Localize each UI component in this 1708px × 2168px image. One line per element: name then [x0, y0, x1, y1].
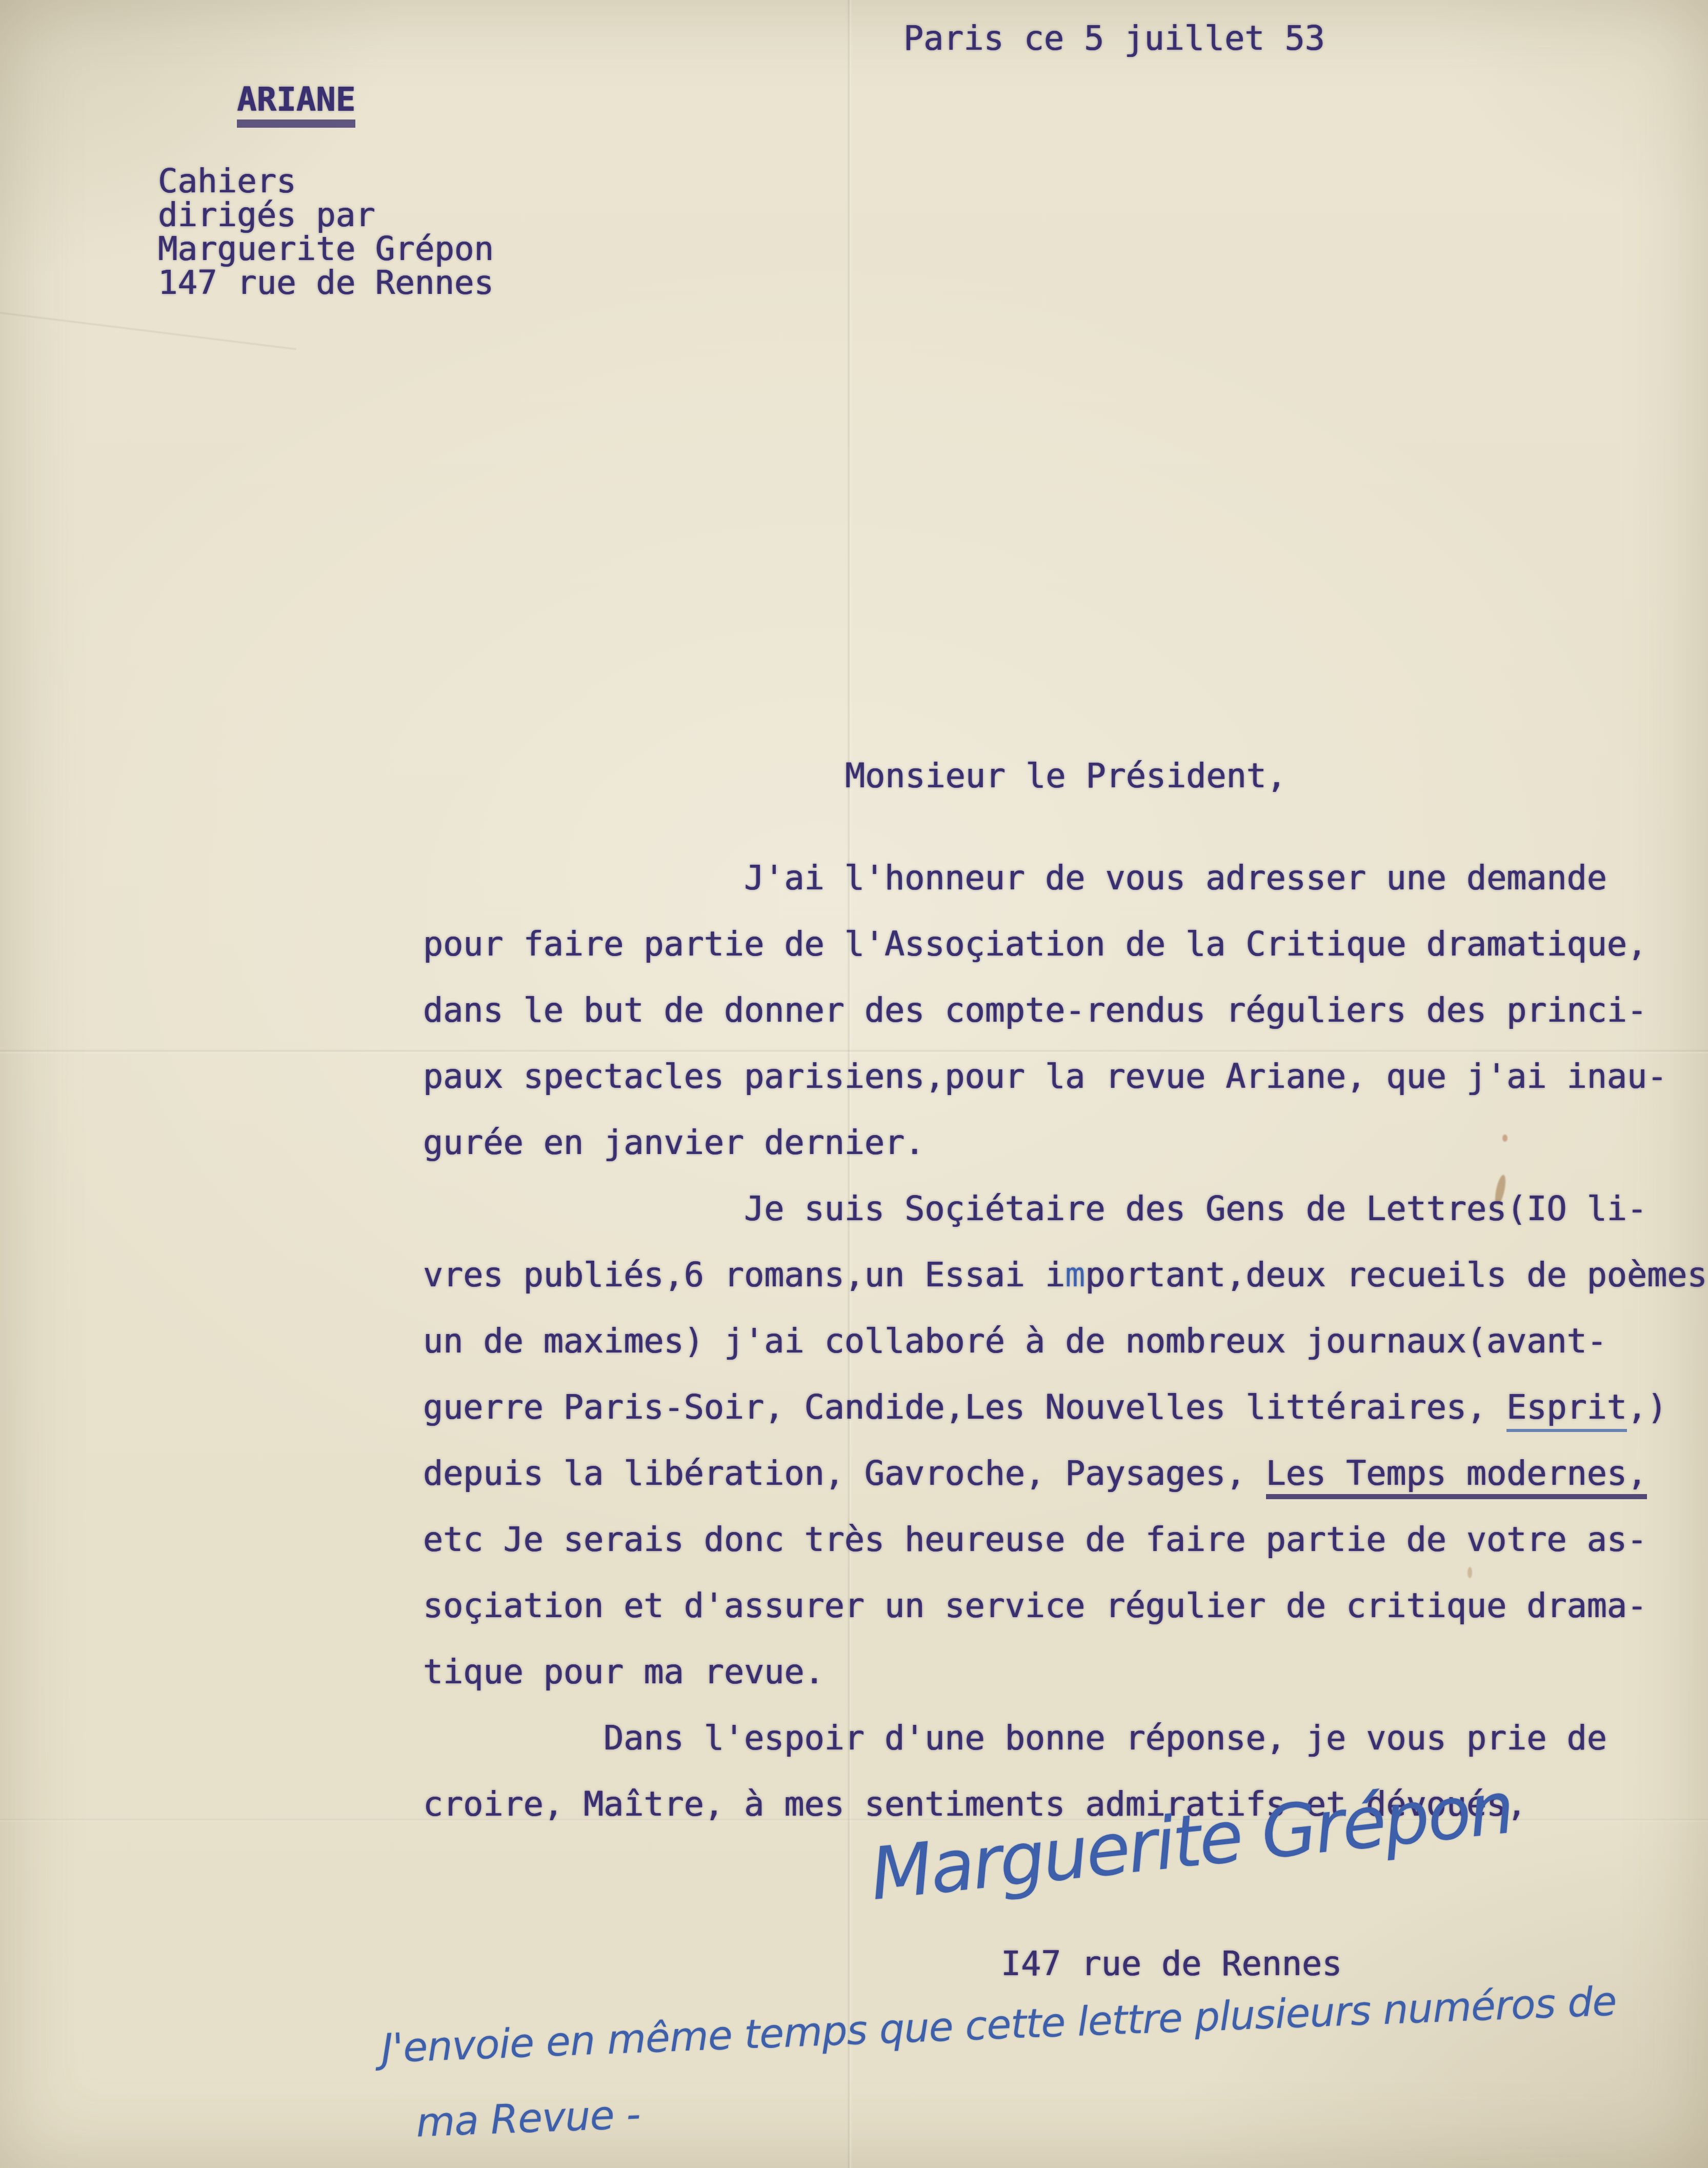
text-segment: tique pour ma revue. [423, 1653, 825, 1692]
text-segment: ,) [1627, 1388, 1667, 1427]
letterhead-line: 147 rue de Rennes [158, 266, 494, 300]
body-line: J'ai l'honneur de vous adresser une dema… [423, 845, 1708, 911]
ink-correction: m [1065, 1256, 1085, 1295]
text-segment: portant,deux recueils de poèmes [1085, 1256, 1707, 1295]
text-segment: etc Je serais donc très heureuse de fair… [423, 1521, 1647, 1559]
text-segment: dans le but de donner des compte-rendus … [423, 991, 1647, 1030]
body-line: un de maximes) j'ai collaboré à de nombr… [423, 1308, 1708, 1375]
postscript-line: J'envoie en même temps que cette lettre … [380, 1977, 1617, 2073]
body-line: guerre Paris-Soir, Candide,Les Nouvelles… [423, 1375, 1708, 1441]
text-segment: depuis la libération, Gavroche, Paysages… [423, 1455, 1266, 1493]
body-line: pour faire partie de l'Assoçiation de la… [423, 911, 1708, 978]
letterhead-title: ARIANE [237, 85, 355, 128]
letterhead-line: Cahiers [158, 165, 494, 198]
text-segment: soçiation et d'assurer un service réguli… [423, 1587, 1647, 1625]
text-segment: guerre Paris-Soir, Candide,Les Nouvelles… [423, 1388, 1506, 1427]
scanned-letter-page: Paris ce 5 juillet 53 ARIANE Cahiersdiri… [0, 0, 1708, 2168]
text-segment: J'ai l'honneur de vous adresser une dema… [423, 859, 1607, 898]
body-line: tique pour ma revue. [423, 1639, 1708, 1705]
body-line: vres publiés,6 romans,un Essai important… [423, 1242, 1708, 1308]
letterhead: ARIANE Cahiersdirigés parMarguerite Grép… [158, 49, 494, 368]
salutation: Monsieur le Président, [845, 757, 1287, 795]
letterhead-line: Marguerite Grépon [158, 232, 494, 266]
body-line: Dans l'espoir d'une bonne réponse, je vo… [423, 1705, 1708, 1772]
text-segment: vres publiés,6 romans,un Essai i [423, 1256, 1065, 1295]
underlined-text: Esprit [1506, 1388, 1627, 1432]
body-line: Je suis Soçiétaire des Gens de Lettres(I… [423, 1176, 1708, 1242]
handwritten-postscript: J'envoie en même temps que cette lettre … [380, 1977, 1620, 2149]
postscript-line: ma Revue - [415, 2053, 1620, 2147]
underlined-text: Les Temps modernes, [1266, 1455, 1647, 1499]
body-line: depuis la libération, Gavroche, Paysages… [423, 1441, 1708, 1507]
letterhead-line: dirigés par [158, 198, 494, 232]
date-line: Paris ce 5 juillet 53 [903, 19, 1325, 58]
letterhead-address-block: Cahiersdirigés parMarguerite Grépon147 r… [158, 165, 494, 300]
text-segment: gurée en janvier dernier. [423, 1124, 925, 1162]
text-segment: paux spectacles parisiens,pour la revue … [423, 1058, 1667, 1096]
text-segment: Dans l'espoir d'une bonne réponse, je vo… [423, 1719, 1607, 1758]
body-line: dans le but de donner des compte-rendus … [423, 978, 1708, 1044]
text-segment: un de maximes) j'ai collaboré à de nombr… [423, 1322, 1607, 1361]
body-line: paux spectacles parisiens,pour la revue … [423, 1044, 1708, 1110]
signature-address: I47 rue de Rennes [1001, 1945, 1342, 1983]
body-line: etc Je serais donc très heureuse de fair… [423, 1507, 1708, 1573]
text-segment: pour faire partie de l'Assoçiation de la… [423, 925, 1647, 964]
body-line: gurée en janvier dernier. [423, 1110, 1708, 1176]
body-line: soçiation et d'assurer un service réguli… [423, 1573, 1708, 1639]
text-segment: Je suis Soçiétaire des Gens de Lettres(I… [423, 1190, 1647, 1228]
letter-body: J'ai l'honneur de vous adresser une dema… [423, 845, 1708, 1838]
